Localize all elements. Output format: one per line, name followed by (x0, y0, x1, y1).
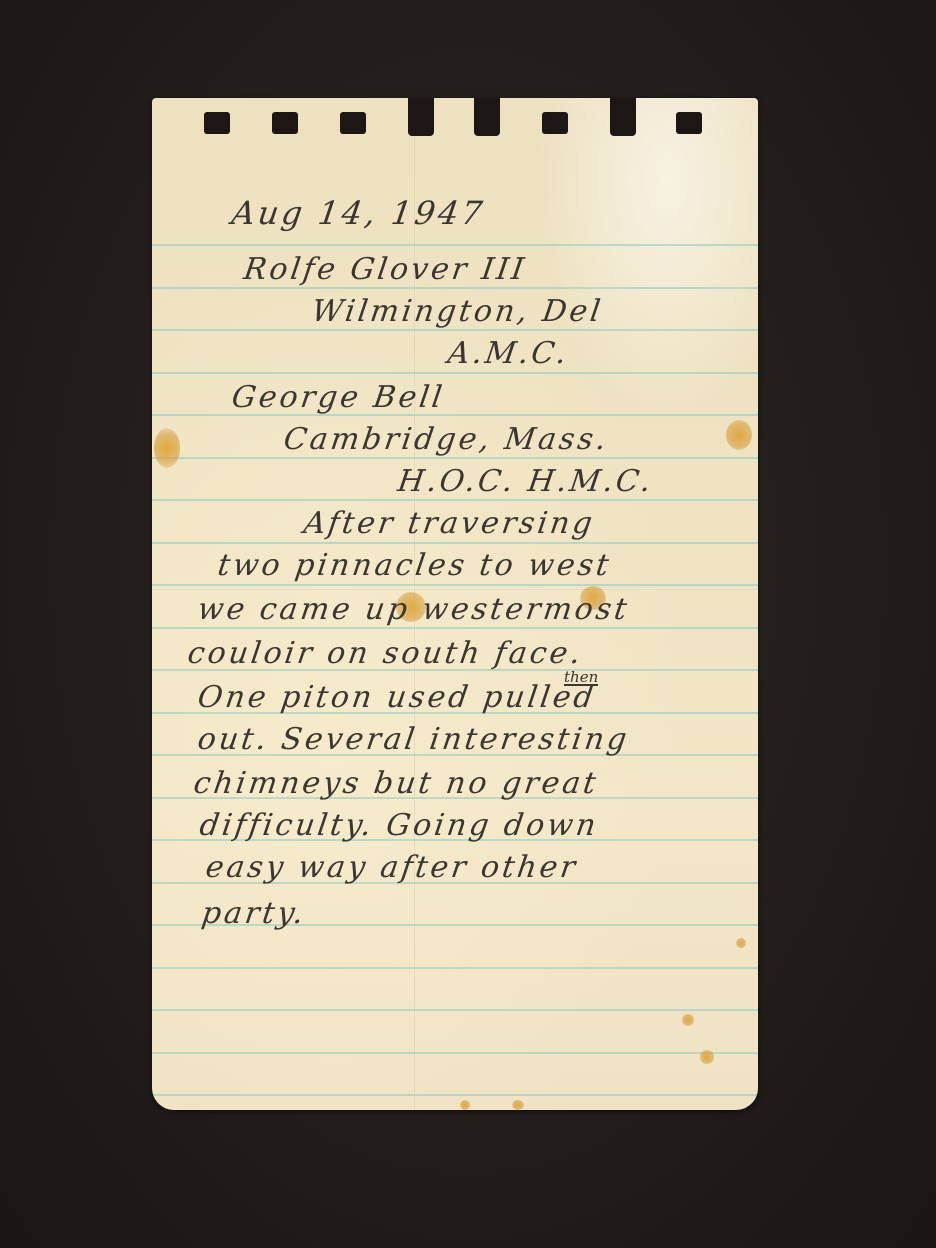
binding-hole (542, 112, 568, 134)
binding-hole (340, 112, 366, 134)
rule-line (152, 1094, 758, 1096)
note-line: easy way after other (204, 850, 581, 885)
binding-hole (676, 112, 702, 134)
rust-stain (726, 420, 752, 450)
torn-binding-notch (474, 98, 500, 136)
rust-stain (512, 1100, 524, 1110)
rust-stain (460, 1100, 470, 1110)
note-line: After traversing (302, 506, 598, 541)
rust-stain (682, 1014, 694, 1026)
binding-hole (204, 112, 230, 134)
note-line: couloir on south face. (186, 636, 586, 671)
note-insertion: then (564, 670, 598, 686)
rule-line (152, 542, 758, 544)
rule-line (152, 499, 758, 501)
note-line: difficulty. Going down (198, 808, 601, 843)
note-line: H.O.C. H.M.C. (396, 464, 656, 499)
note-line: we came up westermost (196, 592, 632, 627)
rule-line (152, 1052, 758, 1054)
note-line: party. (200, 896, 309, 931)
fold-crease-horizontal (152, 588, 758, 590)
rule-line (152, 244, 758, 246)
rule-line (152, 457, 758, 459)
note-line: Wilmington, Del (310, 294, 606, 329)
note-line: out. Several interesting (196, 722, 632, 757)
rust-stain (736, 938, 746, 948)
rule-line (152, 287, 758, 289)
note-line: One piton used pulled (196, 680, 599, 715)
rust-stain (154, 428, 180, 468)
rust-stain (700, 1050, 714, 1064)
torn-binding-notch (610, 98, 636, 136)
rule-line (152, 627, 758, 629)
rule-line (152, 584, 758, 586)
rule-line (152, 967, 758, 969)
rule-line (152, 1009, 758, 1011)
note-date: Aug 14, 1947 (229, 194, 487, 232)
note-line: George Bell (230, 380, 448, 415)
rule-line (152, 372, 758, 374)
torn-binding-notch (408, 98, 434, 136)
notepad-page: Aug 14, 1947 Rolfe Glover III Wilmington… (152, 98, 758, 1110)
binding-hole (272, 112, 298, 134)
note-line: Rolfe Glover III (242, 252, 529, 287)
note-line: two pinnacles to west (216, 548, 614, 583)
rule-line (152, 329, 758, 331)
note-line: A.M.C. (446, 336, 572, 371)
note-line: Cambridge, Mass. (282, 422, 612, 457)
note-line: chimneys but no great (192, 766, 601, 801)
